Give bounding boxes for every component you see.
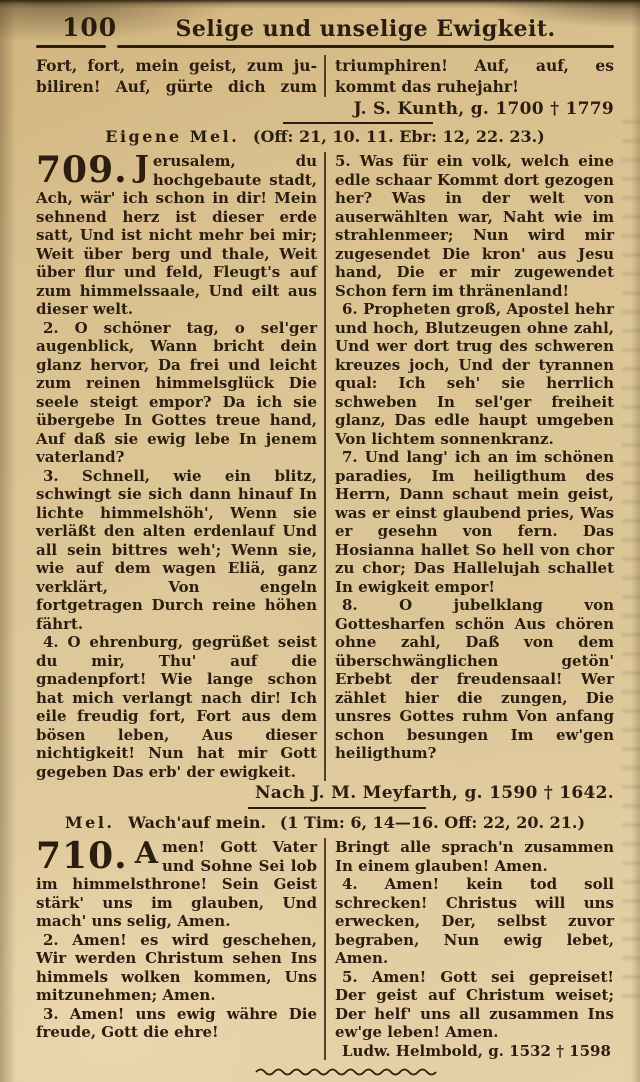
running-head: 100 Selige und unselige Ewigkeit.: [36, 13, 614, 42]
header-rule: [36, 45, 614, 48]
hymn-709-body: 709.Jerusalem, du hochgebaute stadt, Ach…: [36, 152, 614, 781]
header-rule-long: [117, 45, 614, 48]
previous-hymn-ending: Fort, fort, mein geist, zum ju- biliren!…: [36, 55, 614, 97]
attribution-rule: [248, 807, 426, 809]
hymn-709-verse-3: 3. Schnell, wie ein blitz, schwingt sie …: [36, 467, 317, 634]
hymn-710-verse-3-end: Bringt alle sprach'n zusammen In einem g…: [335, 838, 614, 875]
author-attribution-kunth: J. S. Kunth, g. 1700 † 1779: [36, 99, 614, 119]
scripture-references: (Off: 21, 10. 11. Ebr: 12, 22. 23.): [253, 127, 545, 146]
hymn-number-710: 710.: [36, 838, 135, 873]
hymn-text-line: biliren! Auf, gürte dich zum: [36, 76, 317, 97]
hymn-710-right-column: Bringt alle sprach'n zusammen In einem g…: [324, 838, 614, 1060]
wavy-divider: [255, 1067, 614, 1077]
hymn-710-verse-1: 710.Amen! Gott Vater und Sohne Sei lob i…: [36, 838, 317, 931]
hymn-709-right-column: 5. Was für ein volk, welch eine edle sch…: [324, 152, 614, 781]
author-attribution-meyfarth: Nach J. M. Meyfarth, g. 1590 † 1642.: [36, 783, 614, 803]
melody-line-710: Mel. Wach'auf mein. (1 Tim: 6, 14—16. Of…: [36, 813, 614, 832]
hymn-text-line: triumphiren! Auf, auf, es: [335, 55, 614, 76]
page-content: 100 Selige und unselige Ewigkeit. Fort, …: [0, 0, 640, 1077]
melody-name: Wach'auf mein.: [128, 813, 266, 832]
previous-hymn-right-column: triumphiren! Auf, auf, es kommt das ruhe…: [324, 55, 614, 97]
attribution-rule: [283, 122, 433, 124]
wavy-divider-icon: [255, 1067, 437, 1077]
hymn-number-709: 709.: [36, 152, 135, 187]
page-title: Selige und unselige Ewigkeit.: [117, 16, 614, 42]
hymnal-scanned-page: 100 Selige und unselige Ewigkeit. Fort, …: [0, 0, 640, 1082]
hymn-709-verse-6: 6. Propheten groß, Apostel hehr und hoch…: [335, 300, 614, 448]
hymn-710-body: 710.Amen! Gott Vater und Sohne Sei lob i…: [36, 838, 614, 1060]
hymn-710-verse-5: 5. Amen! Gott sei gepreiset! Der geist a…: [335, 968, 614, 1042]
hymn-710-verse-3-start: 3. Amen! uns ewig währe Die freude, Gott…: [36, 1005, 317, 1042]
hymn-text-line: kommt das ruhejahr!: [335, 76, 614, 97]
author-attribution-helmbold: Ludw. Helmbold, g. 1532 † 1598: [335, 1042, 614, 1061]
previous-hymn-left-column: Fort, fort, mein geist, zum ju- biliren!…: [36, 55, 324, 97]
hymn-709-verse-5: 5. Was für ein volk, welch eine edle sch…: [335, 152, 614, 300]
hymn-709-left-column: 709.Jerusalem, du hochgebaute stadt, Ach…: [36, 152, 324, 781]
page-number: 100: [62, 13, 117, 42]
scripture-references: (1 Tim: 6, 14—16. Off: 22, 20. 21.): [280, 813, 585, 832]
melody-label: Mel.: [65, 813, 115, 832]
hymn-709-verse-8: 8. O jubelklang von Gottesharfen schön A…: [335, 596, 614, 763]
hymn-710-verse-2: 2. Amen! es wird geschehen, Wir werden C…: [36, 931, 317, 1005]
header-rule-short: [36, 45, 106, 48]
hymn-709-verse-1: 709.Jerusalem, du hochgebaute stadt, Ach…: [36, 152, 317, 319]
page-edge-bleed: [622, 120, 640, 1000]
melody-label: Eigene Mel.: [105, 127, 239, 146]
hymn-709-verse-2: 2. O schöner tag, o sel'ger augenblick, …: [36, 319, 317, 467]
melody-line-709: Eigene Mel. (Off: 21, 10. 11. Ebr: 12, 2…: [36, 127, 614, 146]
hymn-710-left-column: 710.Amen! Gott Vater und Sohne Sei lob i…: [36, 838, 324, 1060]
hymn-709-verse-7: 7. Und lang' ich an im schönen paradies,…: [335, 448, 614, 596]
dropcap-letter: J: [135, 152, 153, 182]
hymn-710-verse-4: 4. Amen! kein tod soll schrecken! Christ…: [335, 875, 614, 968]
hymn-text-line: Fort, fort, mein geist, zum ju-: [36, 55, 317, 76]
dropcap-letter: A: [135, 838, 162, 868]
hymn-709-verse-4: 4. O ehrenburg, gegrüßet seist du mir, T…: [36, 633, 317, 781]
